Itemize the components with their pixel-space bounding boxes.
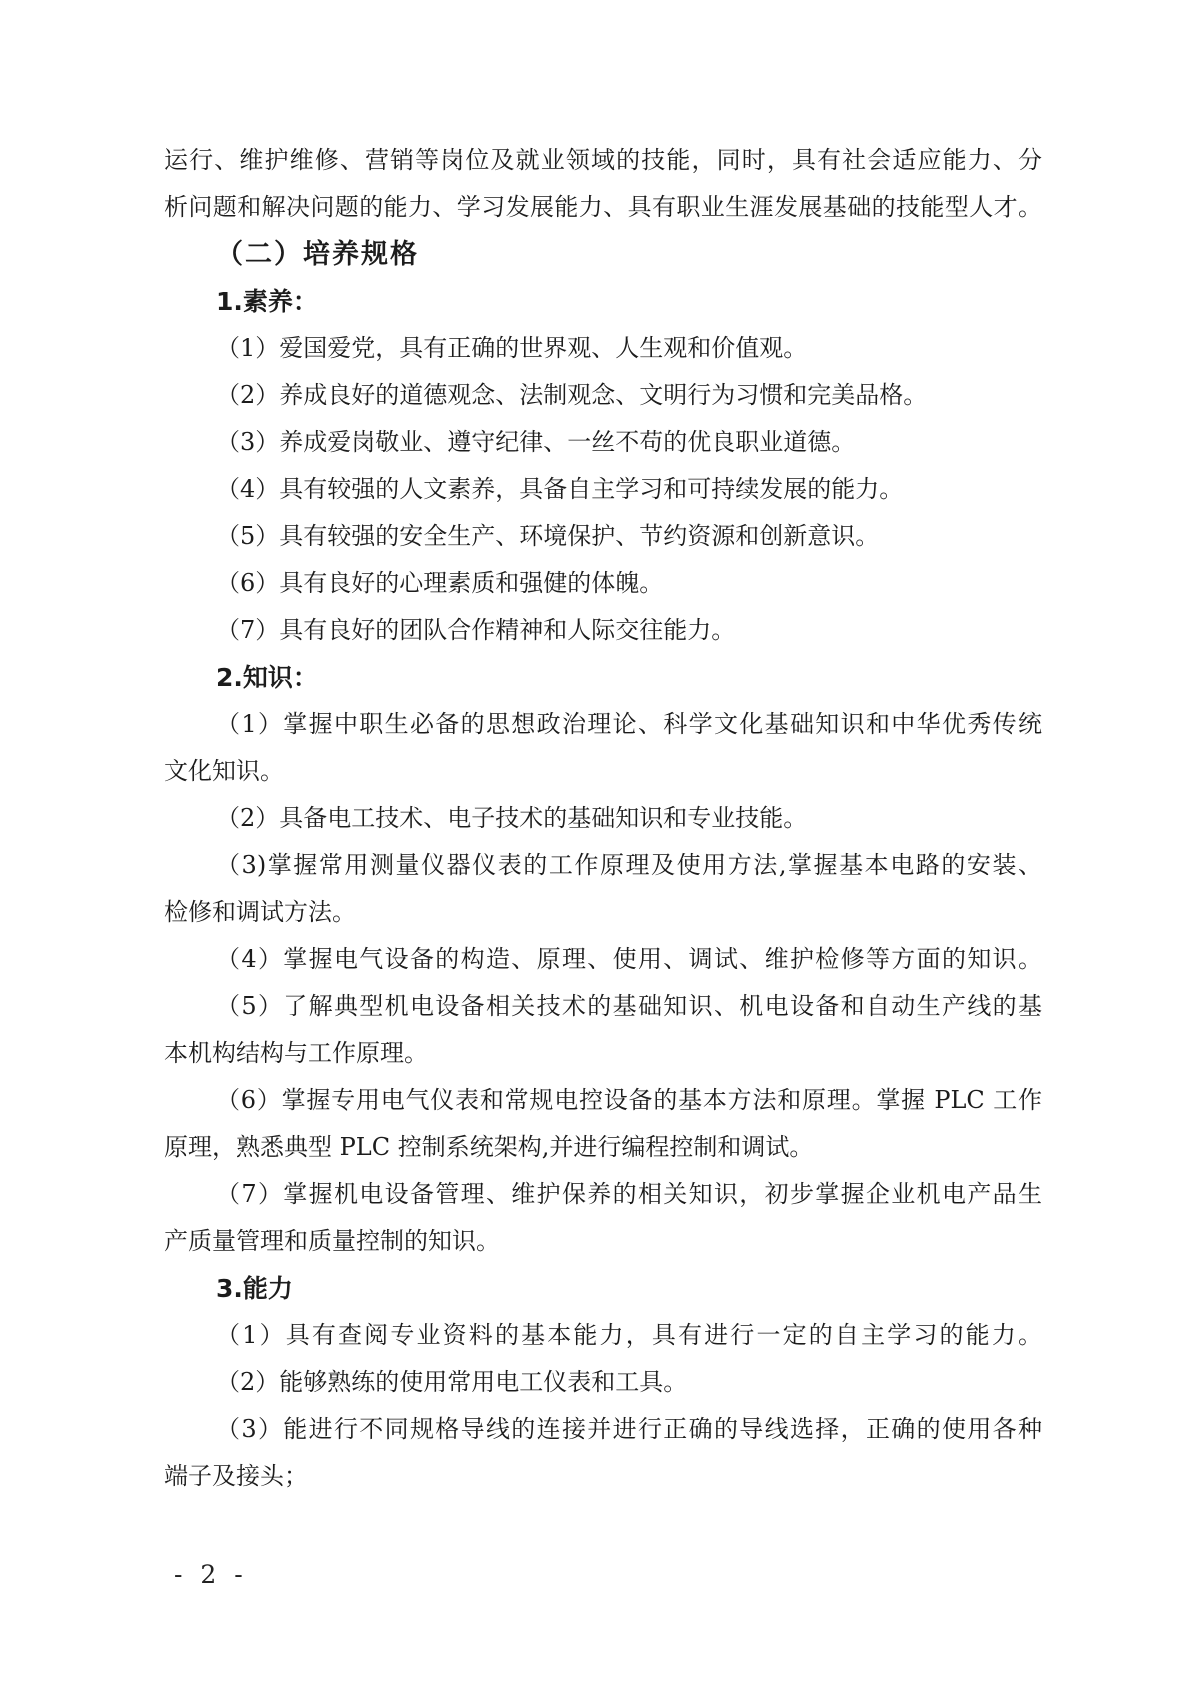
text-line: （6）具有良好的心理素质和强健的体魄。 (164, 560, 1042, 607)
text-line: 运行、维护维修、营销等岗位及就业领域的技能，同时，具有社会适应能力、分 (164, 137, 1042, 184)
text-line: （2）具备电工技术、电子技术的基础知识和专业技能。 (164, 795, 1042, 842)
text-line: （7）掌握机电设备管理、维护保养的相关知识，初步掌握企业机电产品生 (164, 1171, 1042, 1218)
text-line: （3)掌握常用测量仪器仪表的工作原理及使用方法,掌握基本电路的安装、 (164, 842, 1042, 889)
text-line: （2）养成良好的道德观念、法制观念、文明行为习惯和完美品格。 (164, 372, 1042, 419)
text-line: （1）掌握中职生必备的思想政治理论、科学文化基础知识和中华优秀传统 (164, 701, 1042, 748)
heading-line: （二）培养规格 (164, 231, 1042, 278)
document-page: 运行、维护维修、营销等岗位及就业领域的技能，同时，具有社会适应能力、分析问题和解… (0, 0, 1191, 1684)
text-line: （5）具有较强的安全生产、环境保护、节约资源和创新意识。 (164, 513, 1042, 560)
text-line: （3）养成爱岗敬业、遵守纪律、一丝不苟的优良职业道德。 (164, 419, 1042, 466)
text-line: （2）能够熟练的使用常用电工仪表和工具。 (164, 1359, 1042, 1406)
text-line: 原理，熟悉典型 PLC 控制系统架构,并进行编程控制和调试。 (164, 1124, 1042, 1171)
text-line: （7）具有良好的团队合作精神和人际交往能力。 (164, 607, 1042, 654)
heading-line: 2.知识： (164, 654, 1042, 701)
text-line: 本机构结构与工作原理。 (164, 1030, 1042, 1077)
text-line: （3）能进行不同规格导线的连接并进行正确的导线选择，正确的使用各种 (164, 1406, 1042, 1453)
heading-line: 3.能力 (164, 1265, 1042, 1312)
text-line: （1）爱国爱党，具有正确的世界观、人生观和价值观。 (164, 325, 1042, 372)
page-number: - 2 - (174, 1560, 248, 1589)
text-line: 产质量管理和质量控制的知识。 (164, 1218, 1042, 1265)
text-line: （5）了解典型机电设备相关技术的基础知识、机电设备和自动生产线的基 (164, 983, 1042, 1030)
document-body: 运行、维护维修、营销等岗位及就业领域的技能，同时，具有社会适应能力、分析问题和解… (164, 137, 1042, 1500)
text-line: （1）具有查阅专业资料的基本能力，具有进行一定的自主学习的能力。 (164, 1312, 1042, 1359)
text-line: （6）掌握专用电气仪表和常规电控设备的基本方法和原理。掌握 PLC 工作 (164, 1077, 1042, 1124)
heading-line: 1.素养： (164, 278, 1042, 325)
text-line: （4）具有较强的人文素养，具备自主学习和可持续发展的能力。 (164, 466, 1042, 513)
text-line: 检修和调试方法。 (164, 889, 1042, 936)
text-line: 端子及接头； (164, 1453, 1042, 1500)
text-line: 文化知识。 (164, 748, 1042, 795)
text-line: 析问题和解决问题的能力、学习发展能力、具有职业生涯发展基础的技能型人才。 (164, 184, 1042, 231)
text-line: （4）掌握电气设备的构造、原理、使用、调试、维护检修等方面的知识。 (164, 936, 1042, 983)
